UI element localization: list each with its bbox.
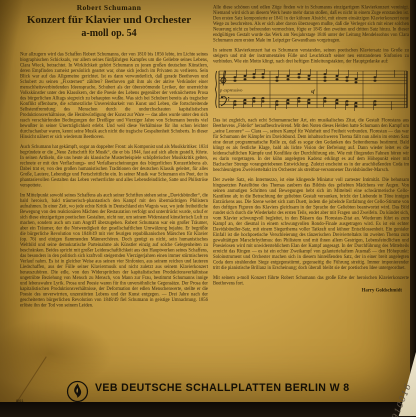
liner-notes-paragraph: Mit seinem a-moll Konzert führte Robert …: [213, 276, 409, 287]
liner-notes-paragraph: Alle diese schönen und edlen Züge finden…: [213, 5, 409, 44]
liner-notes-left-column: Nur allzugern wird das Schaffen Robert S…: [20, 52, 208, 313]
veb-schallplatten-logo-icon: [66, 380, 89, 403]
album-header: Robert Schumann Konzert für Klavier und …: [12, 3, 206, 39]
liner-notes-right-column: Alle diese schönen und edlen Züge finden…: [213, 5, 409, 293]
liner-notes-paragraph: Im Mittelpunkt sowohl seines Schaffens a…: [20, 193, 208, 309]
background-shadow-right: [410, 0, 416, 417]
liner-notes-paragraph: Auch Schumann hat gekämpft, sogar an dop…: [20, 145, 208, 189]
treble-clef-icon: [221, 71, 226, 86]
liner-notes-paragraph: Nur allzugern wird das Schaffen Robert S…: [20, 52, 208, 140]
liner-notes-paragraph: In seinem Klavierkonzert hat es Schumann…: [213, 48, 409, 65]
publisher-footer: VEB DEUTSCHE SCHALLPLATTEN BERLIN W 8 Ag…: [0, 378, 410, 404]
composer-name: Robert Schumann: [12, 3, 206, 12]
album-subtitle: a-moll op. 54: [12, 28, 206, 39]
author-signature: Harry Goldschmidt: [213, 288, 409, 294]
dynamic-marking-espressivo: p espressivo: [219, 88, 243, 93]
album-title: Konzert für Klavier und Orchester: [12, 14, 206, 27]
grand-staff-brace: [215, 71, 216, 108]
liner-notes-paragraph: Das ist zugleich, nach echt Schumannsche…: [213, 118, 409, 173]
dynamic-marking-sf: sf: [310, 90, 316, 95]
liner-notes-paragraph: Der zweite Satz, ein Intermezzo, ist ein…: [213, 178, 409, 272]
music-notation-example: p espressivo sf: [213, 69, 409, 115]
background-shadow-bottom: [0, 402, 416, 417]
bass-notes: [234, 97, 395, 111]
publisher-name: VEB DEUTSCHE SCHALLPLATTEN BERLIN W 8: [95, 382, 383, 394]
